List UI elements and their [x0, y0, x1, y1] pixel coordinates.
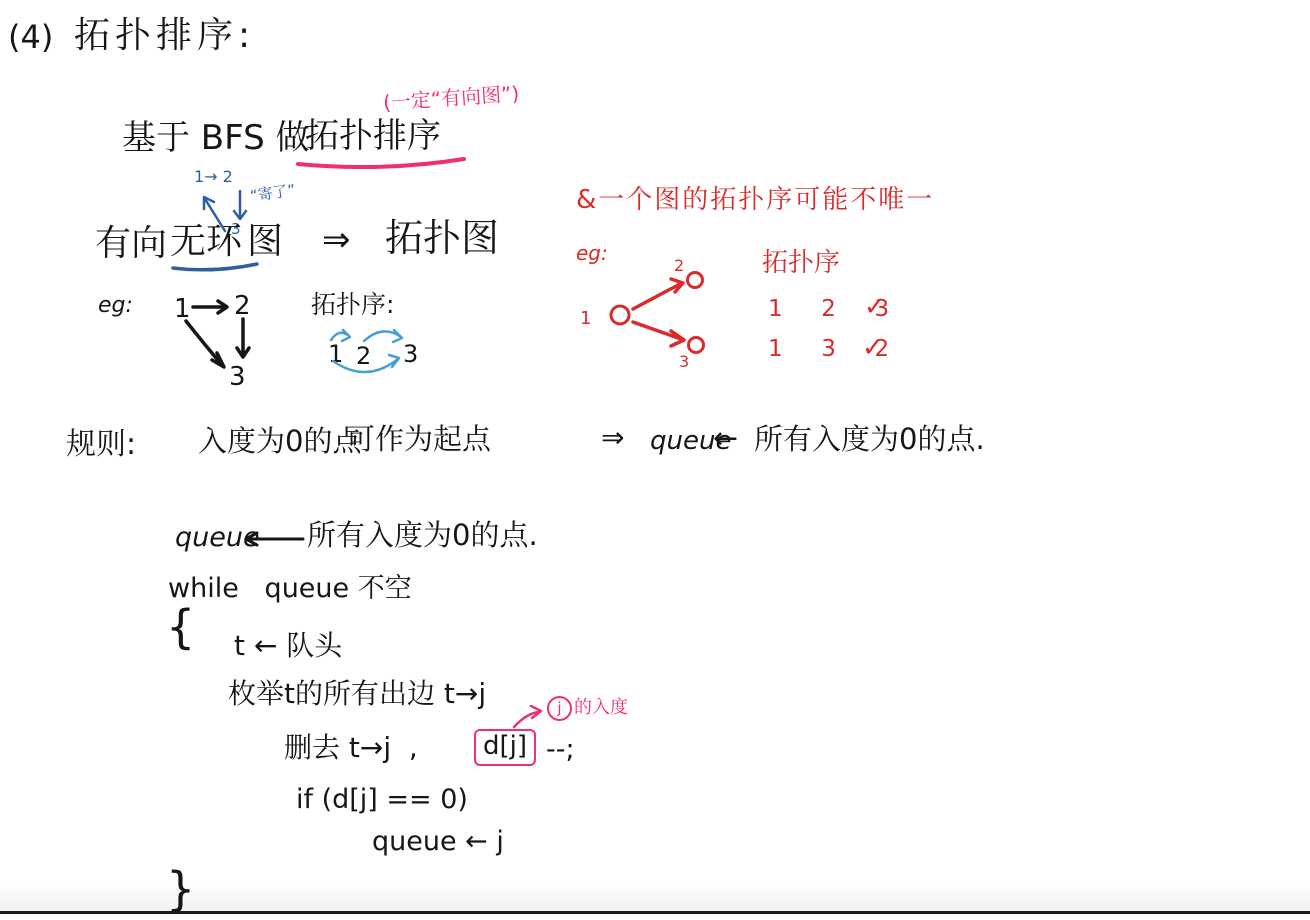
dag-implies-arrow: ⇒ [322, 222, 351, 259]
cycle-sketch-comment: “寄了” [249, 182, 296, 205]
code-line8-enqueue: queue ← j [372, 827, 504, 857]
rule-assign-arrow: ← [713, 422, 738, 455]
red-topo-header: 拓扑序 [762, 249, 840, 278]
black-example-label: eg: [98, 294, 133, 318]
red-graph-node-2-circle [688, 273, 703, 288]
pink-pointer-arrow [514, 706, 541, 727]
red-example-label: eg: [576, 242, 608, 264]
heading-index: (4) [8, 20, 53, 55]
black-topo-label: 拓扑序: [311, 291, 394, 319]
dag-line-prefix: 有向 [95, 224, 167, 264]
black-seq-2: 2 [356, 343, 371, 369]
red-graph-node-3-circle [689, 338, 704, 353]
bfs-line-underlined: 拓扑排序 [305, 118, 441, 155]
rule-label: 规则: [66, 428, 136, 461]
handwritten-note-page: (4) 拓扑排序: (一定“有向图”) 基于 BFS 做 拓扑排序 1→ 2 3… [0, 0, 1310, 920]
rule-action: 可作为起点 [346, 424, 491, 456]
cycle-sketch-top: 1→ 2 [194, 168, 233, 186]
rule-rhs: 所有入度为0的点. [754, 424, 985, 456]
code-open-brace: { [166, 602, 195, 653]
pink-underline [298, 159, 464, 167]
code-line6-decrement: --; [546, 735, 575, 765]
code-line4-dequeue: t ← 队头 [234, 631, 342, 662]
code-line1-rhs: 所有入度为0的点. [307, 520, 538, 552]
page-bottom-edge [0, 911, 1310, 914]
red-graph-node-1-circle [611, 306, 629, 324]
red-graph-node-3-label: 3 [679, 353, 689, 371]
blue-underline [173, 264, 257, 270]
red-graph-node-1-label: 1 [580, 309, 591, 329]
order-arc-2-3 [364, 330, 402, 342]
page-bottom-shade [0, 884, 1310, 911]
code-line7-if: if (d[j] == 0) [296, 785, 468, 815]
bfs-line-prefix: 基于 BFS 做 [122, 120, 309, 157]
black-arrow-1-3 [186, 321, 224, 367]
dag-line-result: 拓扑图 [385, 218, 499, 260]
code-line5-enumerate: 枚举t的所有出边 t→j [228, 679, 486, 710]
red-note-title: &一个图的拓扑序可能不唯一 [576, 186, 934, 215]
code-note-circled-j: j [547, 696, 572, 721]
black-arrow-1-2 [193, 301, 227, 313]
red-arrow-1-2 [633, 279, 683, 309]
black-arrow-2-3 [237, 319, 249, 357]
rule-condition: 入度为0的点 [198, 426, 361, 458]
black-seq-1: 1 [328, 341, 343, 367]
rule-implies-arrow: ⇒ [601, 423, 624, 454]
red-arrow-1-3 [633, 322, 684, 346]
black-seq-3: 3 [403, 341, 418, 367]
code-note-indegree: 的入度 [574, 698, 628, 718]
red-graph-node-2-label: 2 [674, 257, 684, 275]
pink-annotation-directed-graph: (一定“有向图”) [382, 82, 520, 113]
black-graph-node-1: 1 [174, 295, 191, 324]
code-line2-while: while queue 不空 [168, 574, 412, 604]
code-line6-boxed-dj: d[j] [474, 729, 536, 766]
black-graph-node-2: 2 [234, 292, 251, 321]
black-graph-node-3: 3 [229, 363, 246, 392]
red-order-1-check: ✓ [864, 293, 886, 322]
red-order-2-check: ✓ [862, 334, 884, 363]
cycle-down-arrow [234, 191, 246, 219]
dag-line-suffix: 图 [247, 222, 283, 262]
code-line1-queue: queue [175, 523, 260, 553]
code-line6-delete: 删去 t→j , [284, 733, 418, 764]
page-title: 拓扑排序: [74, 16, 255, 56]
dag-line-underlined: 无环 [170, 222, 242, 262]
